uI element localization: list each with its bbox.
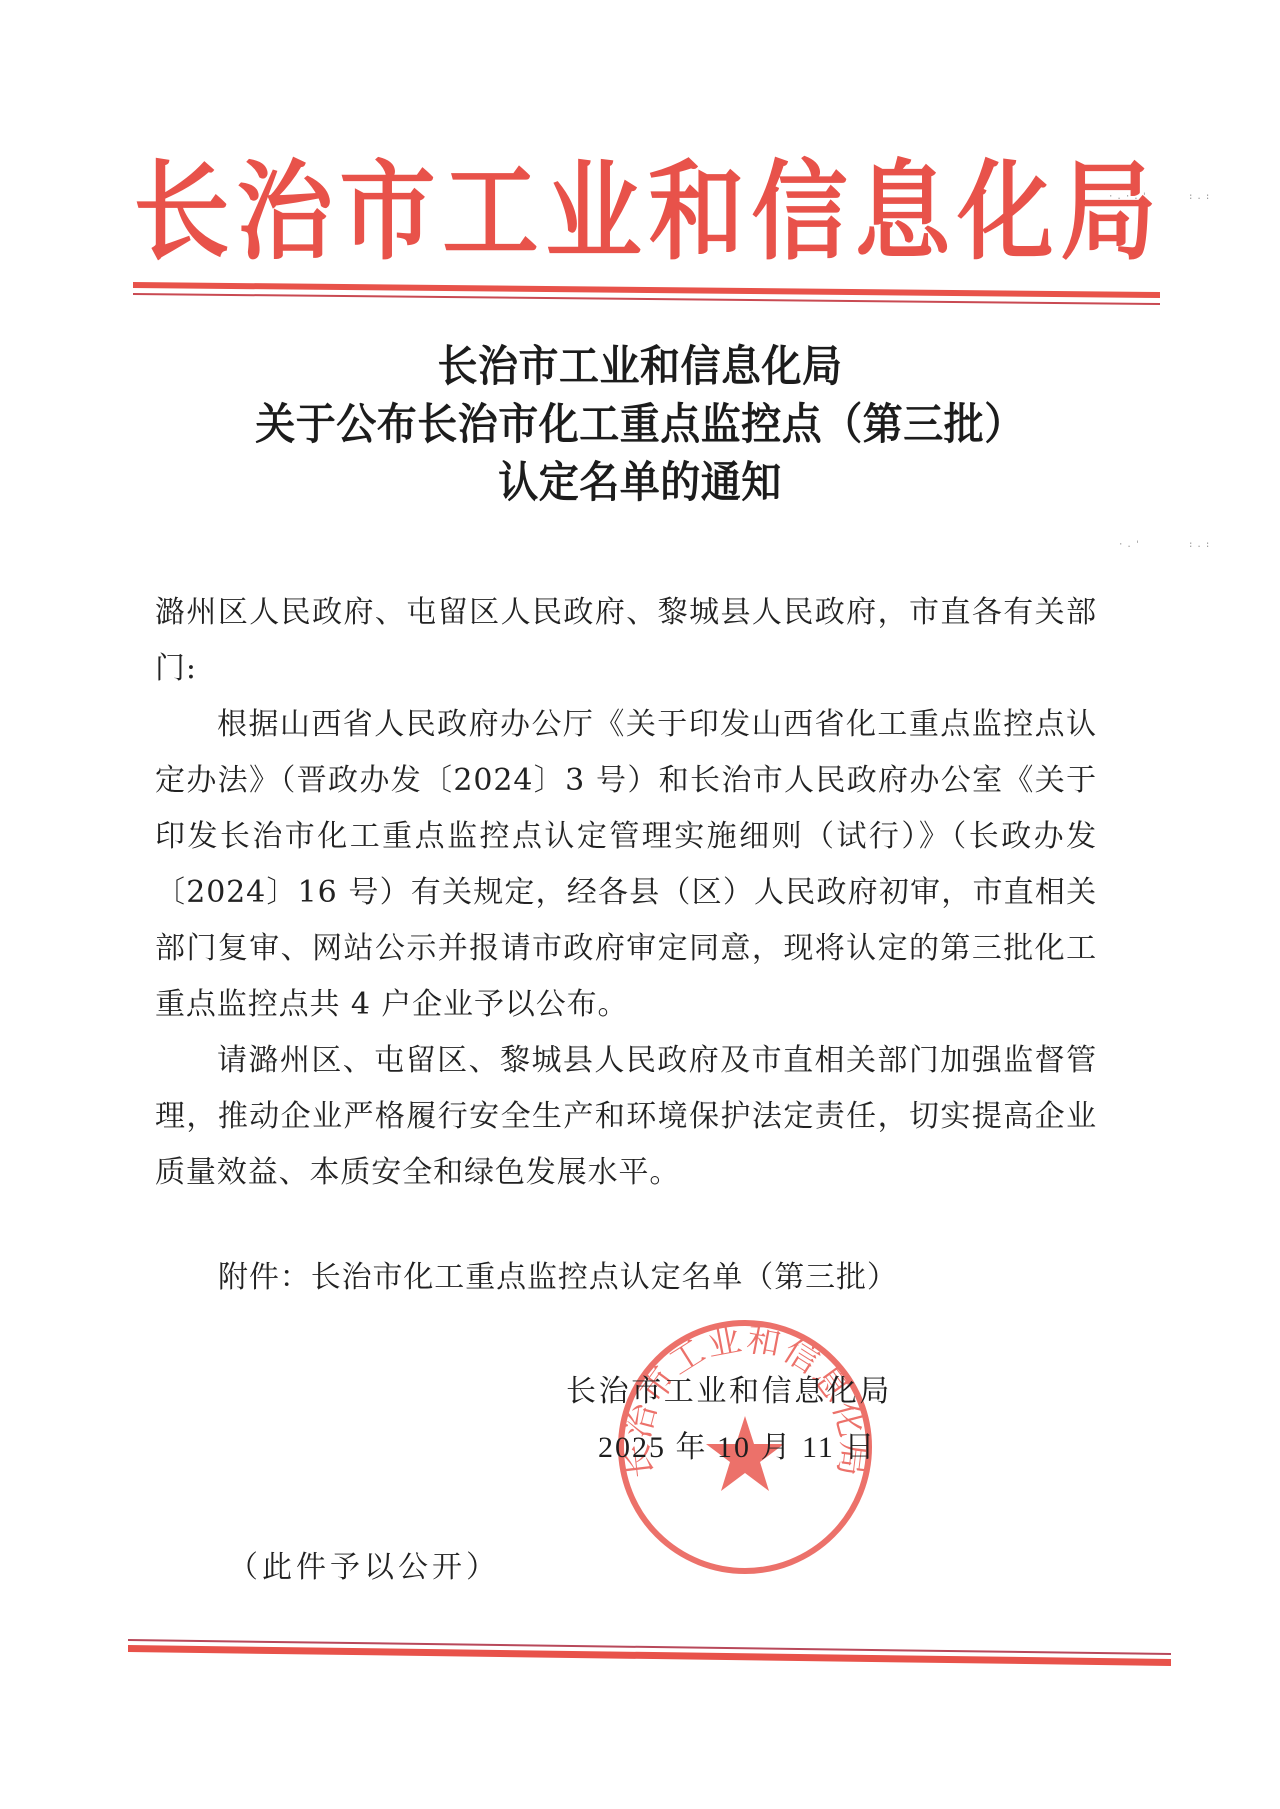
masthead-char: 市 — [336, 158, 439, 266]
masthead-char: 和 — [645, 158, 748, 266]
masthead-title: 长 治 市 工 业 和 信 息 化 局 — [130, 148, 1160, 276]
masthead-char: 业 — [542, 158, 645, 266]
masthead-char: 信 — [748, 158, 851, 266]
title-line-1: 长治市工业和信息化局 — [0, 336, 1280, 399]
footer-thick-rule — [128, 1645, 1171, 1666]
masthead-char: 工 — [439, 158, 542, 266]
scan-speck: :.: — [1188, 540, 1213, 550]
scan-speck: :.: — [1188, 192, 1213, 202]
issue-date: 2025 年 10 月 11 日 — [598, 1428, 876, 1468]
header-thin-rule — [133, 293, 1160, 305]
paragraph-1: 根据山西省人民政府办公厅《关于印发山西省化工重点监控点认定办法》（晋政办发〔20… — [155, 697, 1097, 1033]
title-line-3: 认定名单的通知 — [0, 452, 1280, 515]
issuer-signature: 长治市工业和信息化局 — [566, 1372, 892, 1412]
masthead-char: 息 — [851, 158, 954, 266]
public-disclosure-note: （此件予以公开） — [228, 1548, 500, 1588]
document-body: 潞州区人民政府、屯留区人民政府、黎城县人民政府，市直各有关部门: 根据山西省人民… — [155, 585, 1097, 1201]
attachment-line: 附件：长治市化工重点监控点认定名单（第三批） — [218, 1258, 898, 1298]
masthead-char: 治 — [233, 158, 336, 266]
title-line-2: 关于公布长治市化工重点监控点（第三批） — [0, 394, 1280, 457]
masthead-char: 化 — [954, 158, 1057, 266]
footer-thin-rule — [128, 1639, 1171, 1655]
header-thick-rule — [133, 282, 1160, 298]
salutation: 潞州区人民政府、屯留区人民政府、黎城县人民政府，市直各有关部门: — [155, 585, 1097, 697]
masthead-char: 长 — [130, 158, 233, 266]
paragraph-2: 请潞州区、屯留区、黎城县人民政府及市直相关部门加强监督管理，推动企业严格履行安全… — [155, 1033, 1097, 1201]
scan-speck: ·.' — [1118, 540, 1143, 550]
masthead-char: 局 — [1057, 158, 1160, 266]
document-title: 长治市工业和信息化局 关于公布长治市化工重点监控点（第三批） 认定名单的通知 — [0, 338, 1280, 512]
